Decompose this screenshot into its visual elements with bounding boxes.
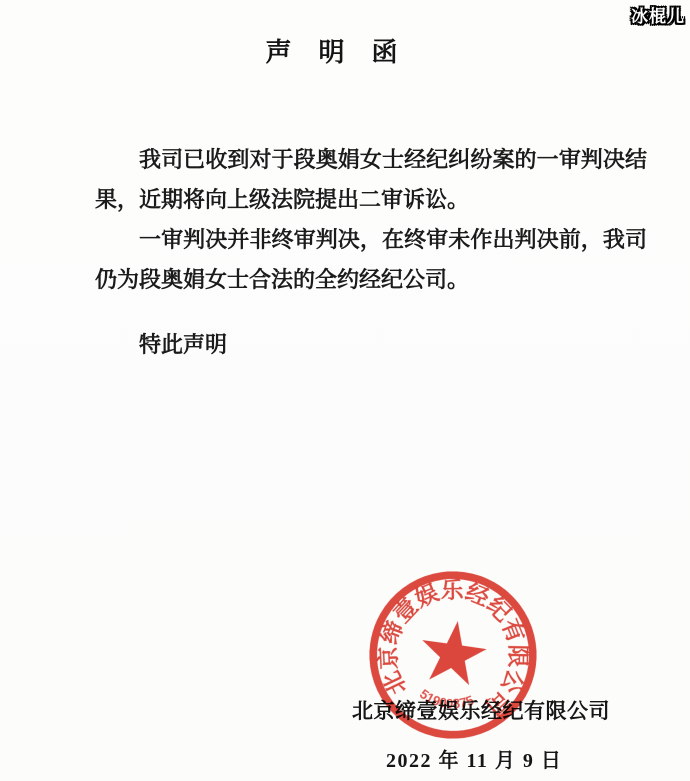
statement-letter-page: 冰棍儿 声明函 我司已收到对于段奥娟女士经纪纠纷案的一审判决结果，近期将向上级法… <box>0 0 690 781</box>
closing-statement: 特此声明 <box>95 328 227 359</box>
page-title: 声明函 <box>0 32 690 69</box>
statement-paragraph: 我司已收到对于段奥娟女士经纪纠纷案的一审判决结果，近期将向上级法院提出二审诉讼。 <box>95 140 647 220</box>
watermark-label: 冰棍儿 <box>631 2 685 27</box>
statement-paragraph: 一审判决并非终审判决，在终审未作出判决前，我司仍为段奥娟女士合法的全约经纪公司。 <box>95 220 647 300</box>
company-seal: 北京缔壹娱乐经纪有限公司 51900875 <box>346 548 561 763</box>
red-star-icon <box>417 617 490 687</box>
statement-body: 我司已收到对于段奥娟女士经纪纠纷案的一审判决结果，近期将向上级法院提出二审诉讼。… <box>95 140 647 300</box>
company-seal-svg: 北京缔壹娱乐经纪有限公司 51900875 <box>346 548 561 763</box>
seal-serial-number: 51900875 <box>416 685 478 715</box>
